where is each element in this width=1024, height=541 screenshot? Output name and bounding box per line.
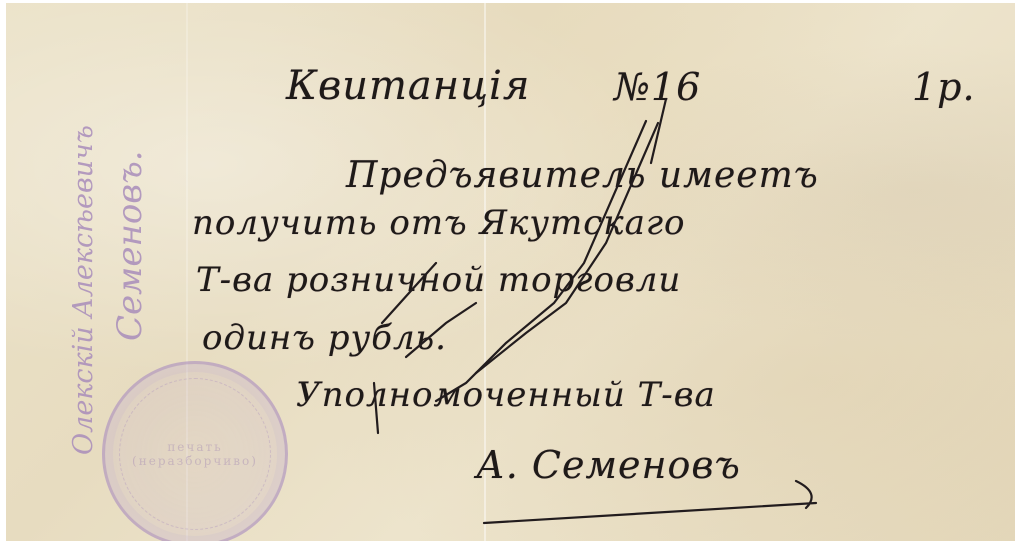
receipt-paper: Олекскій Алексѣевичъ Семеновъ. печать (н…: [6, 3, 1015, 541]
cancellation-strokes: [6, 3, 1015, 541]
